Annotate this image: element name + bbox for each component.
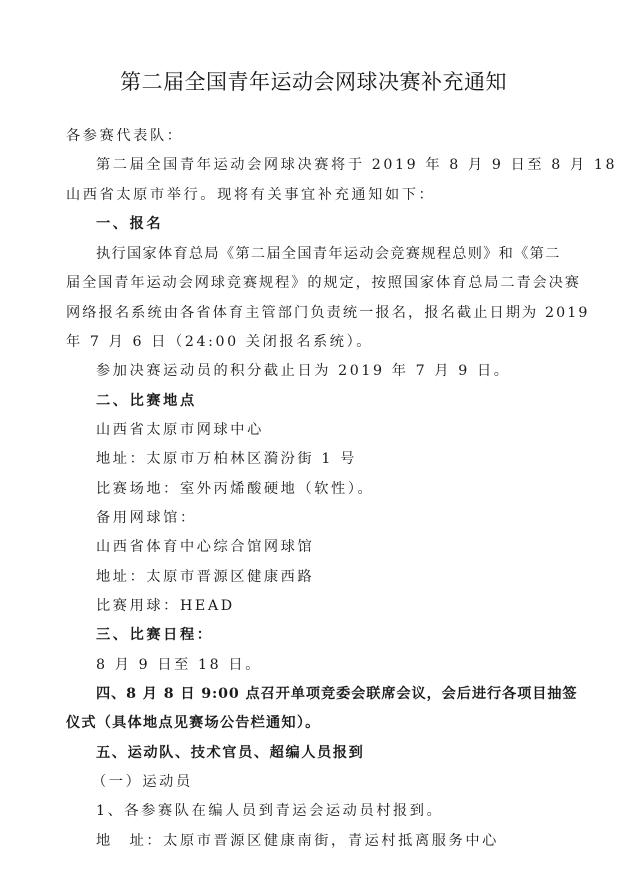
backup-venue-name: 山西省体育中心综合馆网球馆 <box>96 537 590 557</box>
document-title: 第二届全国青年运动会网球决赛补充通知 <box>0 66 627 96</box>
section-5-sub-1: （一）运动员 <box>92 772 586 792</box>
section-1-heading: 一、报名 <box>96 214 590 234</box>
intro-line-1: 第二届全国青年运动会网球决赛将于 2019 年 8 月 9 日至 8 月 18 … <box>96 155 560 175</box>
schedule-dates: 8 月 9 日至 18 日。 <box>96 655 590 675</box>
venue-address: 地址：太原市万柏林区漪汾街 1 号 <box>96 449 590 469</box>
salutation: 各参赛代表队： <box>66 126 560 146</box>
venue-surface: 比赛场地：室外丙烯酸硬地（软性）。 <box>96 479 590 499</box>
match-ball: 比赛用球：HEAD <box>96 596 590 616</box>
backup-venue-address: 地址：太原市晋源区健康西路 <box>96 567 590 587</box>
section-4-line-1: 四、8 月 8 日 9:00 点召开单项竞委会联席会议，会后进行各项目抽签 <box>96 684 590 704</box>
backup-venue-label: 备用网球馆： <box>96 508 590 528</box>
section-1-para-line-1: 执行国家体育总局《第二届全国青年运动会竞赛规程总则》和《第二 <box>96 244 590 264</box>
section-5-item-1: 1、各参赛队在编人员到青运会运动员村报到。 <box>96 801 590 821</box>
section-1-para-line-2: 届全国青年运动会网球竞赛规程》的规定，按照国家体育总局二青会决赛 <box>66 273 560 293</box>
section-1-para-line-4: 年 7 月 6 日（24:00 关闭报名系统）。 <box>66 332 560 352</box>
venue-name: 山西省太原市网球中心 <box>96 420 590 440</box>
section-1-para-line-3: 网络报名系统由各省体育主管部门负责统一报名，报名截止日期为 2019 <box>66 303 560 323</box>
section-4-line-2: 仪式（具体地点见赛场公告栏通知）。 <box>66 713 560 733</box>
section-5-address: 地 址：太原市晋源区健康南街，青运村抵离服务中心 <box>96 831 590 851</box>
section-5-heading: 五、运动队、技术官员、超编人员报到 <box>96 743 590 763</box>
intro-line-2: 山西省太原市举行。现将有关事宜补充通知如下： <box>66 185 560 205</box>
section-1-para-2: 参加决赛运动员的积分截止日为 2019 年 7 月 9 日。 <box>96 361 590 381</box>
section-2-heading: 二、比赛地点 <box>96 391 590 411</box>
section-3-heading: 三、比赛日程： <box>96 625 590 645</box>
